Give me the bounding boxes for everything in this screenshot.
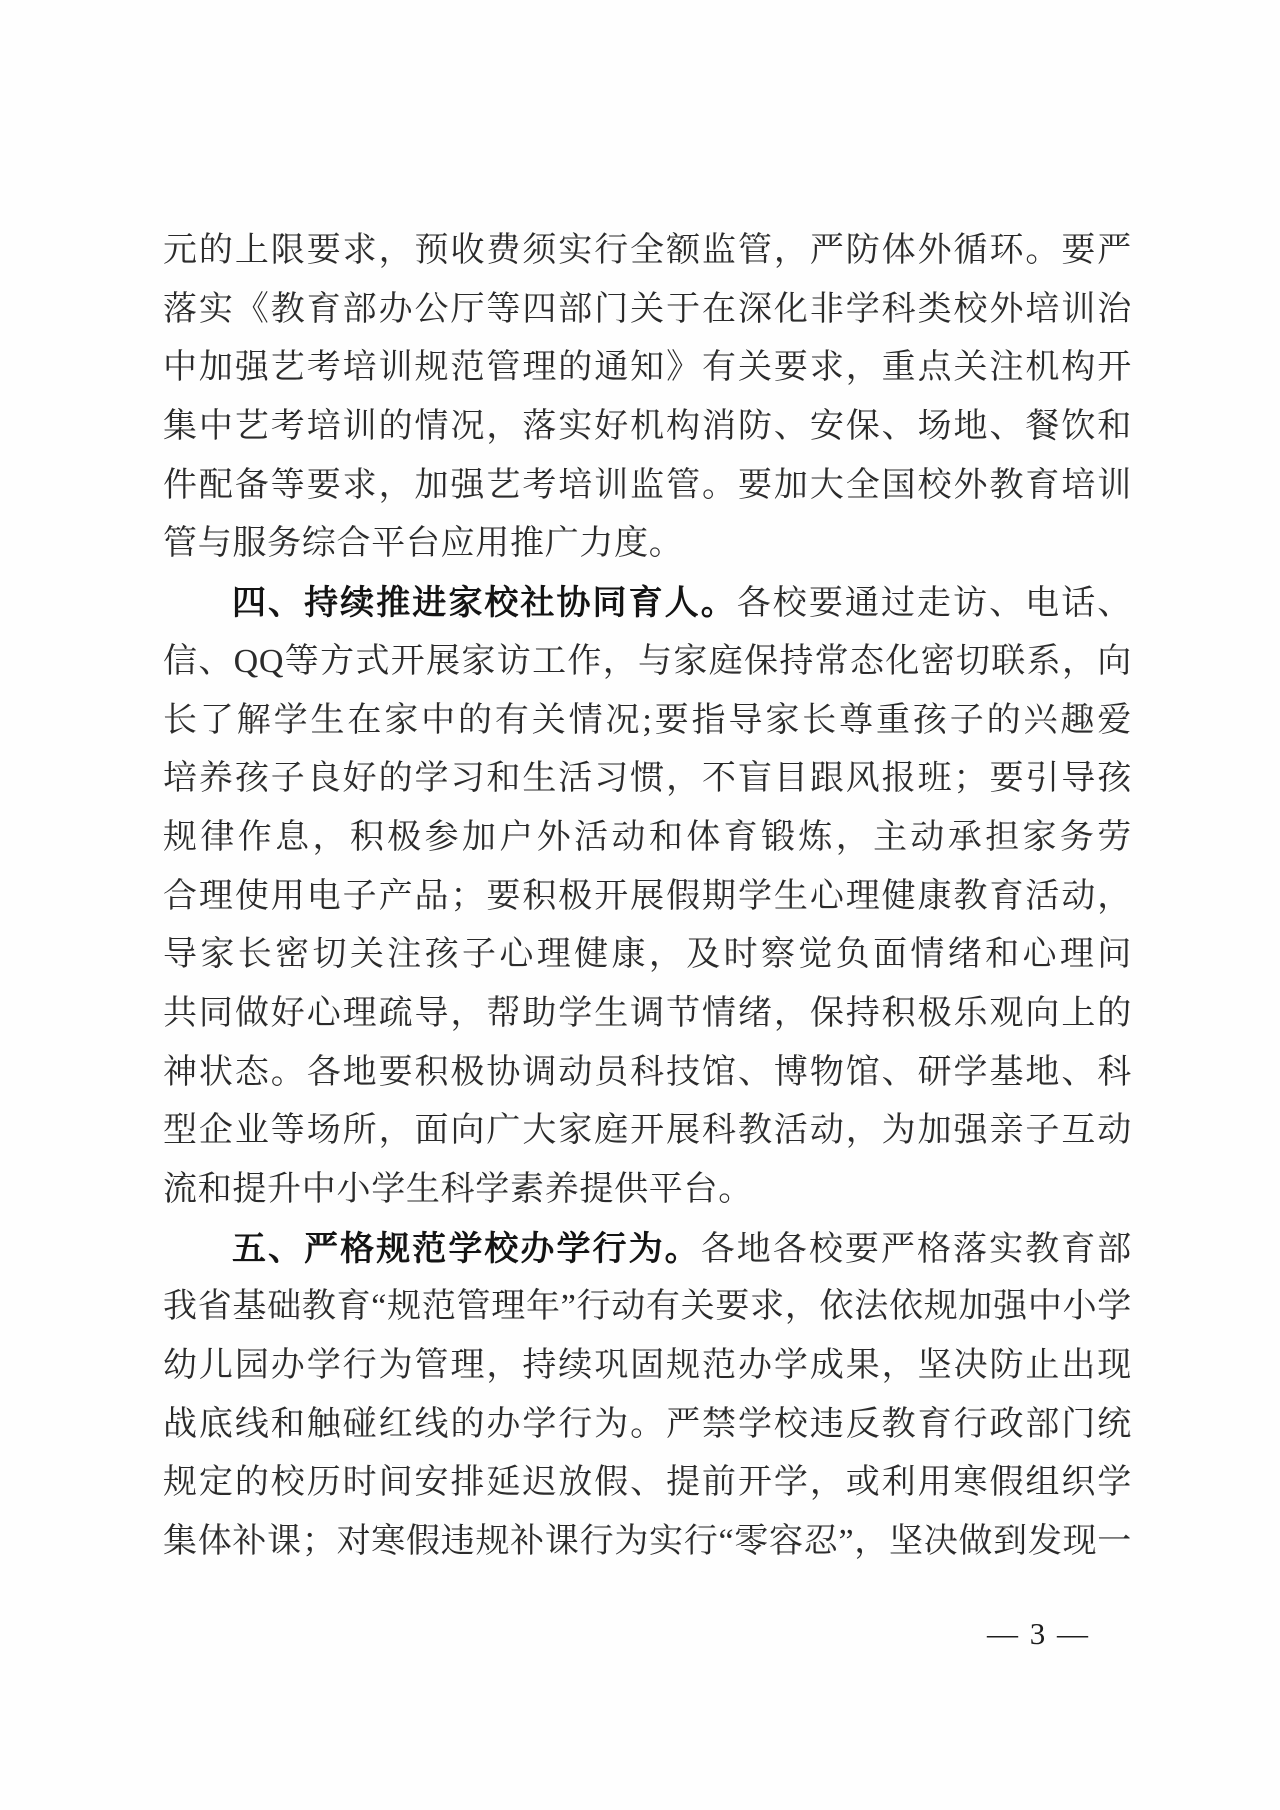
text-line: 集中艺考培训的情况，落实好机构消防、安保、场地、餐饮和条 [163,398,1132,457]
text-line: 规定的校历时间安排延迟放假、提前开学，或利用寒假组织学生 [163,1454,1132,1513]
body-text: 信、QQ等方式开展家访工作，与家庭保持常态化密切联系，向家 [163,643,1132,692]
text-line: 元的上限要求，预收费须实行全额监管，严防体外循环。要严格 [163,222,1132,281]
paragraph-heading: 四、持续推进家校社协同育人。 [232,584,737,622]
text-line: 培养孩子良好的学习和生活习惯，不盲目跟风报班；要引导孩子 [163,750,1132,809]
body-text: 长了解学生在家中的有关情况;要指导家长尊重孩子的兴趣爱好， [163,702,1132,751]
body-text: 导家长密切关注孩子心理健康，及时察觉负面情绪和心理问题， [163,936,1132,985]
text-line: 流和提升中小学生科学素养提供平台。 [163,1161,1132,1220]
body-text: 中加强艺考培训规范管理的通知》有关要求，重点关注机构开展 [163,349,1132,398]
document-page: 元的上限要求，预收费须实行全额监管，严防体外循环。要严格落实《教育部办公厅等四部… [0,0,1280,1810]
body-text: 集体补课；对寒假违规补课行为实行“零容忍”，坚决做到发现一 [163,1523,1132,1560]
body-text: 规律作息，积极参加户外活动和体育锻炼，主动承担家务劳动， [163,819,1132,868]
body-text: 型企业等场所，面向广大家庭开展科教活动，为加强亲子互动交 [163,1112,1132,1161]
text-line: 五、严格规范学校办学行为。各地各校要严格落实教育部和 [163,1220,1132,1279]
text-line: 管与服务综合平台应用推广力度。 [163,515,1132,574]
body-text: 我省基础教育“规范管理年”行动有关要求，依法依规加强中小学 [163,1288,1132,1325]
body-text: 管与服务综合平台应用推广力度。 [163,525,684,562]
text-line: 件配备等要求，加强艺考培训监管。要加大全国校外教育培训监 [163,457,1132,516]
text-line: 长了解学生在家中的有关情况;要指导家长尊重孩子的兴趣爱好， [163,692,1132,751]
text-line: 神状态。各地要积极协调动员科技馆、博物馆、研学基地、科技 [163,1044,1132,1103]
text-line: 战底线和触碰红线的办学行为。严禁学校违反教育行政部门统一 [163,1396,1132,1455]
text-line: 合理使用电子产品；要积极开展假期学生心理健康教育活动，指 [163,868,1132,927]
text-line: 导家长密切关注孩子心理健康，及时察觉负面情绪和心理问题， [163,926,1132,985]
body-text: 流和提升中小学生科学素养提供平台。 [163,1171,753,1208]
text-line: 信、QQ等方式开展家访工作，与家庭保持常态化密切联系，向家 [163,633,1132,692]
text-line: 共同做好心理疏导，帮助学生调节情绪，保持积极乐观向上的精 [163,985,1132,1044]
body-text: 神状态。各地要积极协调动员科技馆、博物馆、研学基地、科技 [163,1054,1132,1103]
body-text: 件配备等要求，加强艺考培训监管。要加大全国校外教育培训监 [163,467,1132,516]
body-text: 合理使用电子产品；要积极开展假期学生心理健康教育活动，指 [163,878,1132,927]
paragraph-heading: 五、严格规范学校办学行为。 [232,1230,701,1268]
text-line: 落实《教育部办公厅等四部门关于在深化非学科类校外培训治理 [163,281,1132,340]
body-text: 规定的校历时间安排延迟放假、提前开学，或利用寒假组织学生 [163,1464,1132,1513]
body-text: 落实《教育部办公厅等四部门关于在深化非学科类校外培训治理 [163,291,1132,340]
body-text: 战底线和触碰红线的办学行为。严禁学校违反教育行政部门统一 [163,1406,1132,1455]
body-text: 幼儿园办学行为管理，持续巩固规范办学成果，坚决防止出现挑 [163,1347,1132,1396]
text-line: 集体补课；对寒假违规补课行为实行“零容忍”，坚决做到发现一 [163,1513,1132,1572]
text-line: 规律作息，积极参加户外活动和体育锻炼，主动承担家务劳动， [163,809,1132,868]
body-text: 集中艺考培训的情况，落实好机构消防、安保、场地、餐饮和条 [163,408,1132,457]
text-line: 型企业等场所，面向广大家庭开展科教活动，为加强亲子互动交 [163,1102,1132,1161]
document-body: 元的上限要求，预收费须实行全额监管，严防体外循环。要严格落实《教育部办公厅等四部… [163,222,1132,1572]
text-line: 中加强艺考培训规范管理的通知》有关要求，重点关注机构开展 [163,339,1132,398]
text-line: 幼儿园办学行为管理，持续巩固规范办学成果，坚决防止出现挑 [163,1337,1132,1396]
page-number: — 3 — [0,1616,1090,1652]
body-text: 培养孩子良好的学习和生活习惯，不盲目跟风报班；要引导孩子 [163,760,1132,809]
body-text: 元的上限要求，预收费须实行全额监管，严防体外循环。要严格 [163,232,1132,281]
body-text: 共同做好心理疏导，帮助学生调节情绪，保持积极乐观向上的精 [163,995,1132,1044]
text-line: 我省基础教育“规范管理年”行动有关要求，依法依规加强中小学 [163,1278,1132,1337]
text-line: 四、持续推进家校社协同育人。各校要通过走访、电话、微 [163,574,1132,633]
